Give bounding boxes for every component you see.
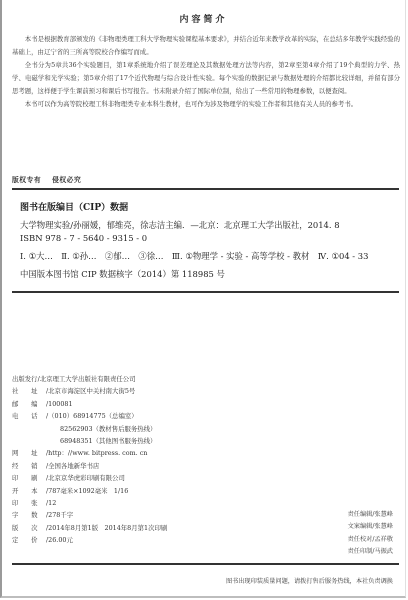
editor-row: 文案编辑/张慧峰	[348, 521, 393, 533]
intro-paragraph: 本书是根据教育部颁发的《非物理类理工科大学物理实验课程基本要求》，并结合近年来教…	[12, 33, 400, 59]
cip-title: 图书在版编目（CIP）数据	[20, 200, 400, 213]
quality-notice: 图书出现印装质量问题，请拨打售后服务热线，本社负责调换	[226, 576, 393, 585]
divider	[12, 188, 399, 190]
pub-row: 社 址/北京市海淀区中关村南大街5号	[12, 385, 402, 397]
pub-row: 电 话/（010）68914775（总编室）	[12, 410, 402, 422]
pub-row: 68948351（其他图书服务热线）	[12, 435, 402, 447]
divider	[12, 291, 399, 293]
copyright-page: 内容简介 本书是根据教育部颁发的《非物理类理工科大学物理实验课程基本要求》，并结…	[0, 0, 406, 598]
pub-row: 印 张/12	[12, 497, 402, 509]
pub-row: 出版发行/北京理工大学出版社有限责任公司	[12, 373, 402, 385]
editor-row: 责任校对/孟祥敬	[348, 534, 393, 546]
editor-row: 责任编辑/张慧峰	[348, 509, 393, 521]
cip-line: Ⅰ. ①大… Ⅱ. ①孙… ②郁… ③徐… Ⅲ. ①物理学 - 实验 - 高等学…	[20, 250, 400, 263]
pub-row: 字 数/278千字	[12, 509, 402, 521]
copyright-notice: 版权专有 侵权必究	[12, 174, 81, 184]
cip-block: 图书在版编目（CIP）数据 大学物理实验/孙丽媛，郁维亮，徐志洁主编．—北京：北…	[20, 200, 400, 281]
intro-title: 内容简介	[2, 12, 405, 25]
pub-row: 经 销/全国各地新华书店	[12, 460, 402, 472]
pub-row: 版 次/2014年8月第1版 2014年8月第1次印刷	[12, 522, 402, 534]
divider	[12, 563, 399, 565]
pub-row: 定 价/26.00元	[12, 534, 402, 546]
editor-row: 责任印制/马振武	[348, 546, 393, 558]
pub-row: 开 本/787毫米×1092毫米 1/16	[12, 485, 402, 497]
copyright-right: 侵权必究	[52, 176, 81, 184]
publication-info: 出版发行/北京理工大学出版社有限责任公司 社 址/北京市海淀区中关村南大街5号 …	[12, 373, 402, 546]
pub-row: 网 址/http：//www. bitpress. com. cn	[12, 447, 402, 459]
cip-line: ISBN 978 - 7 - 5640 - 9315 - 0	[20, 232, 400, 245]
pub-row: 印 刷/北京京华虎彩印刷有限公司	[12, 472, 402, 484]
intro-paragraph: 全书分为5章共36个实验题目，第1章系统地介绍了误差理论及其数据处理方法等内容，…	[12, 59, 400, 98]
cip-line: 中国版本图书馆 CIP 数据核字（2014）第 118985 号	[20, 268, 400, 281]
editors-list: 责任编辑/张慧峰 文案编辑/张慧峰 责任校对/孟祥敬 责任印制/马振武	[348, 509, 393, 559]
copyright-left: 版权专有	[12, 176, 41, 184]
cip-line: 大学物理实验/孙丽媛，郁维亮，徐志洁主编．—北京：北京理工大学出版社，2014.…	[20, 219, 400, 232]
intro-text: 本书是根据教育部颁发的《非物理类理工科大学物理实验课程基本要求》，并结合近年来教…	[12, 33, 400, 111]
pub-row: 邮 编/100081	[12, 398, 402, 410]
pub-row: 82562903（教材售后服务热线）	[12, 423, 402, 435]
intro-paragraph: 本书可以作为高等院校理工科非物理类专业本科生教材，也可作为涉及物理学的实验工作者…	[12, 98, 400, 111]
